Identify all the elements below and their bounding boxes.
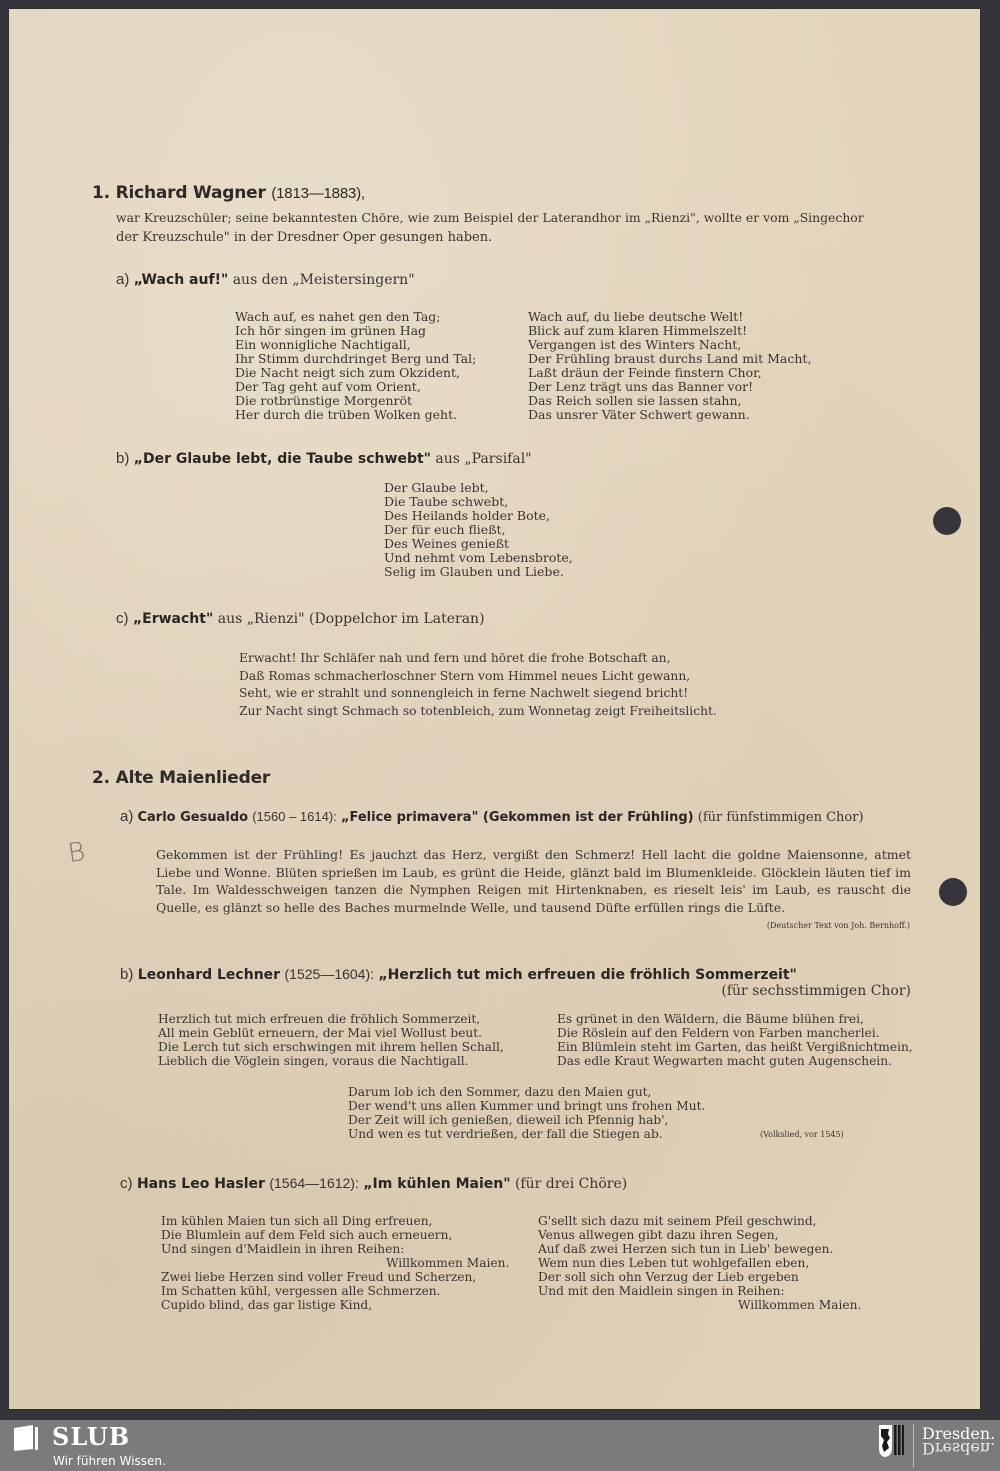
verse-line: Der Lenz trägt uns das Banner vor! — [528, 380, 811, 394]
verse-line: Erwacht! Ihr Schläfer nah und fern und h… — [239, 650, 717, 668]
verse-line: All mein Geblüt erneuern, der Mai viel W… — [158, 1026, 504, 1040]
verse-line: Laßt dräun der Feinde finstern Chor, — [528, 366, 811, 380]
footer-bar: SLUB Wir führen Wissen. Dresden. Dresden… — [0, 1420, 1000, 1471]
verse-line: Venus allwegen gibt dazu ihren Segen, — [538, 1228, 861, 1242]
composer-dates: (1560 – 1614): — [252, 809, 337, 824]
verse-line: Lieblich die Vöglein singen, voraus die … — [158, 1054, 504, 1068]
verse-line: Zwei liebe Herzen sind voller Freud und … — [161, 1270, 509, 1284]
item-label: c) — [116, 610, 129, 627]
verse-line: Zur Nacht singt Schmach so totenbleich, … — [239, 703, 717, 721]
slub-tagline: Wir führen Wissen. — [53, 1454, 166, 1468]
verse-line: Ein Blümlein steht im Garten, das heißt … — [557, 1040, 913, 1054]
item-2a-text: Gekommen ist der Frühling! Es jauchzt da… — [156, 846, 911, 916]
verse-line: Der Tag geht auf vom Orient, — [235, 380, 476, 394]
section-1-intro-line-2: der Kreuzschule" in der Dresdner Oper ge… — [116, 228, 492, 248]
item-2b-heading: b) Leonhard Lechner (1525—1604): „Herzli… — [120, 966, 797, 983]
dresden-logo-text[interactable]: Dresden. Dresden. — [922, 1426, 995, 1456]
verse-line: Cupido blind, das gar listige Kind, — [161, 1298, 509, 1312]
verse-line: Her durch die trüben Wolken geht. — [235, 408, 476, 422]
item-2c-heading: c) Hans Leo Hasler (1564—1612): „Im kühl… — [120, 1175, 627, 1192]
verse-line: Willkommen Maien. — [538, 1298, 861, 1312]
verse-line: Ihr Stimm durchdringet Berg und Tal; — [235, 352, 476, 366]
slub-logo-text[interactable]: SLUB — [52, 1422, 130, 1451]
verse-line: Der Glaube lebt, — [384, 481, 573, 495]
item-1c-verse: Erwacht! Ihr Schläfer nah und fern und h… — [239, 650, 717, 720]
verse-line: Herzlich tut mich erfreuen die fröhlich … — [158, 1012, 504, 1026]
composer-name: Carlo Gesualdo — [137, 810, 248, 825]
verse-line: Das edle Kraut Wegwarten macht guten Aug… — [557, 1054, 913, 1068]
composer-name: Leonhard Lechner — [138, 967, 280, 983]
section-1-heading: 1. Richard Wagner (1813—1883), — [92, 183, 365, 203]
piece-source: aus „Rienzi" (Doppelchor im Lateran) — [218, 611, 485, 627]
dresden-crest-icon — [878, 1424, 904, 1458]
item-2b-verse-left: Herzlich tut mich erfreuen die fröhlich … — [158, 1012, 504, 1068]
section-2-heading: 2. Alte Maienlieder — [92, 768, 270, 788]
composer-dates: (1525—1604): — [285, 966, 375, 982]
item-label: b) — [120, 966, 133, 983]
verse-line: Der wend't uns allen Kummer und bringt u… — [348, 1099, 705, 1113]
verse-line: Willkommen Maien. — [161, 1256, 509, 1270]
verse-line: Das Reich sollen sie lassen stahn, — [528, 394, 811, 408]
piece-title: „Herzlich tut mich erfreuen die fröhlich… — [378, 967, 796, 983]
item-1a-heading: a) „Wach auf!" aus den „Meistersingern" — [116, 271, 415, 288]
item-label: b) — [116, 450, 129, 467]
verse-line: Der für euch fließt, — [384, 523, 573, 537]
section-title: Alte Maienlieder — [116, 768, 270, 788]
section-number: 2. — [92, 768, 110, 788]
piece-source: aus „Parsifal" — [435, 451, 531, 467]
verse-line: Die Nacht neigt sich zum Okzident, — [235, 366, 476, 380]
item-1c-heading: c) „Erwacht" aus „Rienzi" (Doppelchor im… — [116, 610, 485, 627]
verse-line: Das unsrer Väter Schwert gewann. — [528, 408, 811, 422]
item-1b-heading: b) „Der Glaube lebt, die Taube schwebt" … — [116, 450, 532, 467]
item-2b-verse-right: Es grünet in den Wäldern, die Bäume blüh… — [557, 1012, 913, 1068]
verse-line: Der Frühling braust durchs Land mit Mach… — [528, 352, 811, 366]
verse-line: Daß Romas schmacherloschner Stern vom Hi… — [239, 668, 717, 686]
dresden-wordmark-mirror: Dresden. — [922, 1440, 995, 1456]
composer-dates: (1564—1612): — [269, 1175, 359, 1191]
verse-line: Selig im Glauben und Liebe. — [384, 565, 573, 579]
footer-divider — [913, 1424, 914, 1468]
verse-line: Wem nun dies Leben tut wohlgefallen eben… — [538, 1256, 861, 1270]
verse-line: Des Heilands holder Bote, — [384, 509, 573, 523]
slub-book-icon — [13, 1424, 39, 1452]
piece-scoring: (für drei Chöre) — [515, 1176, 627, 1192]
verse-line: Die rotbrünstige Morgenröt — [235, 394, 476, 408]
piece-scoring: (für fünfstimmigen Chor) — [698, 810, 864, 825]
piece-source: aus den „Meistersingern" — [233, 272, 415, 288]
verse-line: Im Schatten kühl, vergessen alle Schmerz… — [161, 1284, 509, 1298]
verse-line: Wach auf, du liebe deutsche Welt! — [528, 310, 811, 324]
verse-line: Es grünet in den Wäldern, die Bäume blüh… — [557, 1012, 913, 1026]
item-2a-heading: a) Carlo Gesualdo (1560 – 1614): „Felice… — [120, 808, 864, 825]
piece-title: „Felice primavera" (Gekommen ist der Frü… — [341, 810, 694, 825]
verse-line: Seht, wie er strahlt und sonnengleich in… — [239, 685, 717, 703]
verse-line: Die Blumlein auf dem Feld sich auch erne… — [161, 1228, 509, 1242]
item-label: c) — [120, 1175, 133, 1192]
item-label: a) — [120, 808, 133, 825]
verse-line: Des Weines genießt — [384, 537, 573, 551]
item-2c-verse-right: G'sellt sich dazu mit seinem Pfeil gesch… — [538, 1214, 861, 1312]
piece-title: „Erwacht" — [133, 611, 213, 627]
item-2b-scoring: (für sechsstimmigen Chor) — [721, 983, 911, 999]
item-1b-verse: Der Glaube lebt, Die Taube schwebt, Des … — [384, 481, 573, 579]
punch-hole-top — [933, 507, 961, 535]
verse-line: Ein wonnigliche Nachtigall, — [235, 338, 476, 352]
item-2a-credit: (Deutscher Text von Joh. Bernhoff.) — [767, 921, 910, 930]
verse-line: Vergangen ist des Winters Nacht, — [528, 338, 811, 352]
item-1a-verse-left: Wach auf, es nahet gen den Tag; Ich hör … — [235, 310, 476, 422]
verse-line: Der Zeit will ich genießen, dieweil ich … — [348, 1113, 705, 1127]
verse-line: Wach auf, es nahet gen den Tag; — [235, 310, 476, 324]
verse-line: Die Taube schwebt, — [384, 495, 573, 509]
verse-line: Auf daß zwei Herzen sich tun in Lieb' be… — [538, 1242, 861, 1256]
section-1-intro-line-1: war Kreuzschüler; seine bekanntesten Chö… — [116, 208, 864, 228]
item-2c-verse-left: Im kühlen Maien tun sich all Ding erfreu… — [161, 1214, 509, 1312]
verse-line: Im kühlen Maien tun sich all Ding erfreu… — [161, 1214, 509, 1228]
verse-line: G'sellt sich dazu mit seinem Pfeil gesch… — [538, 1214, 861, 1228]
verse-line: Und singen d'Maidlein in ihren Reihen: — [161, 1242, 509, 1256]
item-2b-credit: (Volkslied, vor 1545) — [760, 1130, 844, 1139]
piece-title: „Wach auf!" — [134, 272, 228, 288]
composer-dates: (1813—1883), — [271, 185, 365, 202]
verse-line: Der soll sich ohn Verzug der Lieb ergebe… — [538, 1270, 861, 1284]
punch-hole-bottom — [939, 878, 967, 906]
item-2b-verse-center: Darum lob ich den Sommer, dazu den Maien… — [348, 1085, 705, 1141]
verse-line: Blick auf zum klaren Himmelszelt! — [528, 324, 811, 338]
verse-line: Und mit den Maidlein singen in Reihen: — [538, 1284, 861, 1298]
verse-line: Und nehmt vom Lebensbrote, — [384, 551, 573, 565]
verse-line: Die Röslein auf den Feldern von Farben m… — [557, 1026, 913, 1040]
item-label: a) — [116, 271, 129, 288]
verse-line: Ich hör singen im grünen Hag — [235, 324, 476, 338]
piece-title: „Im kühlen Maien" — [363, 1176, 510, 1192]
item-1a-verse-right: Wach auf, du liebe deutsche Welt! Blick … — [528, 310, 811, 422]
piece-title: „Der Glaube lebt, die Taube schwebt" — [134, 451, 431, 467]
verse-line: Darum lob ich den Sommer, dazu den Maien… — [348, 1085, 705, 1099]
composer-name: Richard Wagner — [116, 183, 266, 203]
verse-line: Und wen es tut verdrießen, der fall die … — [348, 1127, 705, 1141]
section-number: 1. — [92, 183, 110, 203]
verse-line: Die Lerch tut sich erschwingen mit ihrem… — [158, 1040, 504, 1054]
composer-name: Hans Leo Hasler — [137, 1176, 265, 1192]
